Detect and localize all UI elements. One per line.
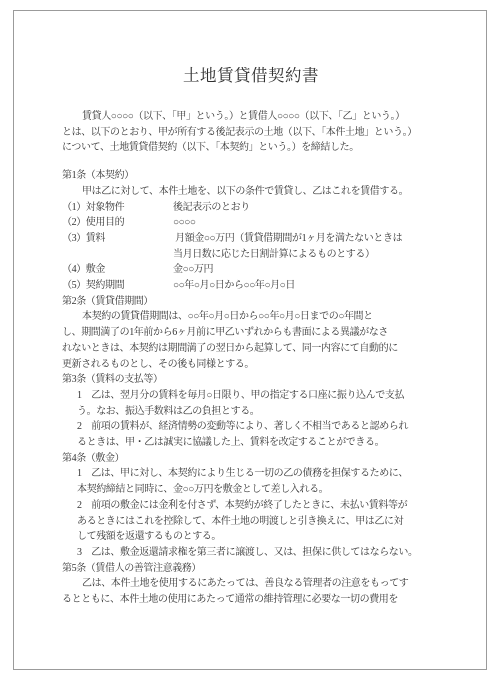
term-value: ○○年○月○日から○○年○月○日 bbox=[173, 278, 458, 294]
term-label: （3）賃料 bbox=[62, 231, 173, 247]
paragraph-line: るとともに、本件土地の使用にあたって通常の維持管理に必要な一切の費用を bbox=[62, 592, 458, 608]
paragraph-line: 賃貸人○○○○（以下、「甲」という。）と賃借人○○○○（以下、「乙」という。） bbox=[62, 109, 458, 125]
paragraph-line: 甲は乙に対して、本件土地を、以下の条件で賃貸し、乙はこれを賃借する。 bbox=[62, 184, 458, 200]
article-heading: 第1条（本契約） bbox=[62, 168, 458, 184]
numbered-clause-line: 本契約締結と同時に、金○○万円を敷金として差し入れる。 bbox=[62, 482, 458, 498]
article-heading: 第5条（賃借人の善管注意義務） bbox=[62, 561, 458, 577]
paragraph-line: 本契約の賃貸借期間は、○○年○月○日から○○年○月○日までの○年間と bbox=[62, 309, 458, 325]
contract-term-row: （4）敷金金○○万円 bbox=[62, 262, 458, 278]
term-value: 金○○万円 bbox=[173, 262, 458, 278]
paragraph-line: 更新されるものとし、その後も同様とする。 bbox=[62, 357, 458, 373]
paragraph-line: し、期間満了の1年前から6ヶ月前に甲乙いずれからも書面による異議がなさ bbox=[62, 325, 458, 341]
numbered-clause-line: るときは、甲・乙は誠実に協議した上、賃料を改定することができる。 bbox=[62, 435, 458, 451]
contract-term-row: （3）賃料 月額金○○万円（賃貸借期間が1ヶ月を満たないときは bbox=[62, 231, 458, 247]
numbered-clause-line: 3 乙は、敷金返還請求権を第三者に譲渡し、又は、担保に供してはならない。 bbox=[62, 545, 458, 561]
numbered-clause-line: 2 前項の敷金には金利を付さず、本契約が終了したときに、未払い賃料等が bbox=[62, 498, 458, 514]
paragraph-line: について、土地賃貸借契約（以下、「本契約」という。）を締結した。 bbox=[62, 140, 458, 156]
numbered-clause-line: あるときにはこれを控除して、本件土地の明渡しと引き換えに、甲は乙に対 bbox=[62, 514, 458, 530]
contract-term-row: 当月日数に応じた日割計算によるものとする） bbox=[62, 247, 458, 263]
paragraph-line: れないときは、本契約は期間満了の翌日から起算して、同一内容にて自動的に bbox=[62, 341, 458, 357]
term-label: （4）敷金 bbox=[62, 262, 173, 278]
term-value: ○○○○ bbox=[173, 215, 458, 231]
page-content: 土地賃貸借契約書 賃貸人○○○○（以下、「甲」という。）と賃借人○○○○（以下、… bbox=[14, 11, 486, 608]
article-heading: 第4条（敷金） bbox=[62, 451, 458, 467]
numbered-clause-line: 1 乙は、甲に対し、本契約により生じる一切の乙の債務を担保するために、 bbox=[62, 466, 458, 482]
contract-term-row: （5）契約期間○○年○月○日から○○年○月○日 bbox=[62, 278, 458, 294]
contract-page: 土地賃貸借契約書 賃貸人○○○○（以下、「甲」という。）と賃借人○○○○（以下、… bbox=[13, 10, 487, 670]
document-title: 土地賃貸借契約書 bbox=[44, 63, 458, 89]
term-label: （1）対象物件 bbox=[62, 200, 173, 216]
document-body: 賃貸人○○○○（以下、「甲」という。）と賃借人○○○○（以下、「乙」という。）と… bbox=[62, 109, 458, 608]
numbered-clause-line: 2 前項の賃料が、経済情勢の変動等により、著しく不相当であると認められ bbox=[62, 419, 458, 435]
paragraph-line: とは、以下のとおり、甲が所有する後記表示の土地（以下、「本件土地」という。） bbox=[62, 125, 458, 141]
term-value: 当月日数に応じた日割計算によるものとする） bbox=[173, 247, 458, 263]
term-label: （5）契約期間 bbox=[62, 278, 173, 294]
term-indent bbox=[62, 247, 173, 263]
contract-term-row: （2）使用目的○○○○ bbox=[62, 215, 458, 231]
numbered-clause-line: う。なお、振込手数料は乙の負担とする。 bbox=[62, 404, 458, 420]
contract-term-row: （1）対象物件後記表示のとおり bbox=[62, 200, 458, 216]
article-heading: 第2条（賃貸借期間） bbox=[62, 294, 458, 310]
term-value: 月額金○○万円（賃貸借期間が1ヶ月を満たないときは bbox=[173, 231, 458, 247]
blank-line bbox=[62, 156, 458, 168]
paragraph-line: 乙は、本件土地を使用するにあたっては、善良なる管理者の注意をもってす bbox=[62, 576, 458, 592]
term-value: 後記表示のとおり bbox=[173, 200, 458, 216]
numbered-clause-line: 1 乙は、翌月分の賃料を毎月○日限り、甲の指定する口座に振り込んで支払 bbox=[62, 388, 458, 404]
numbered-clause-line: して残額を返還するものとする。 bbox=[62, 529, 458, 545]
article-heading: 第3条（賃料の支払等） bbox=[62, 372, 458, 388]
term-label: （2）使用目的 bbox=[62, 215, 173, 231]
